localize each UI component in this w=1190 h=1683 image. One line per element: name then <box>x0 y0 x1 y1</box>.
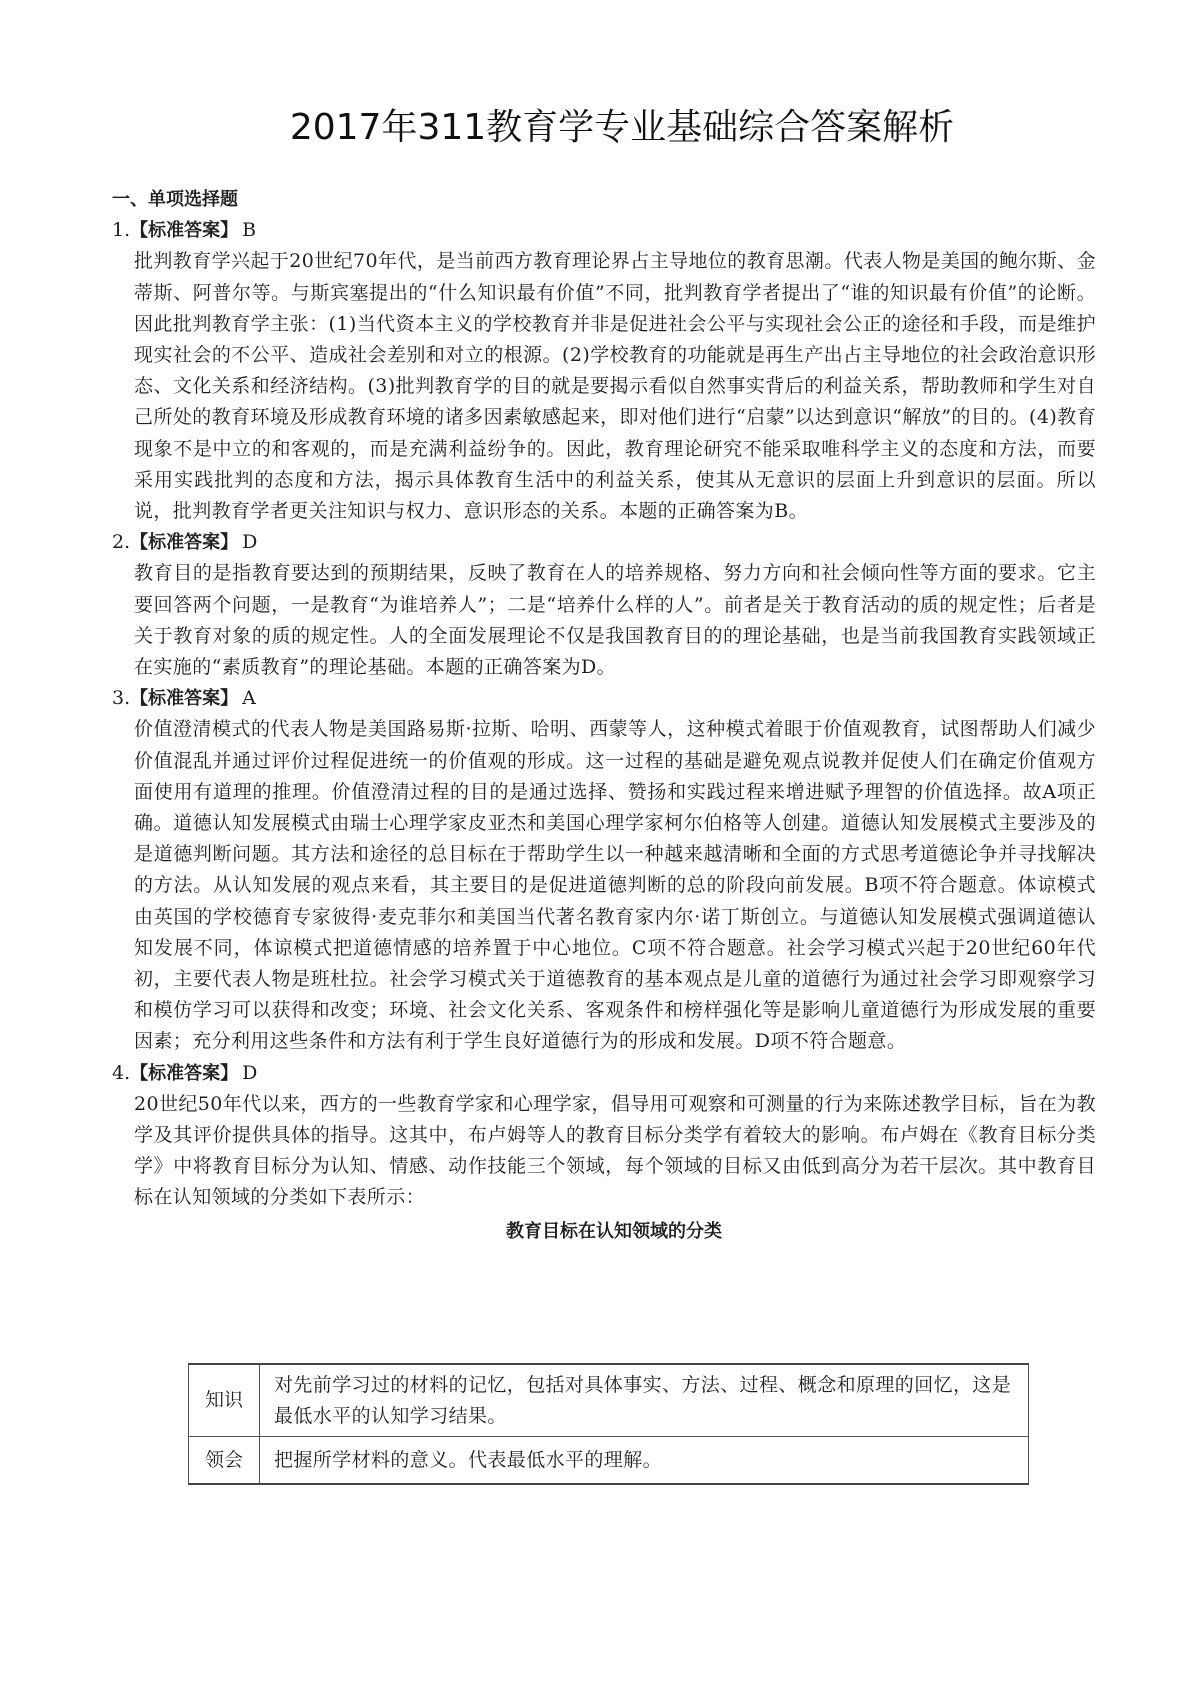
question-explanation: 批判教育学兴起于20世纪70年代，是当前西方教育理论界占主导地位的教育思潮。代表… <box>134 246 1096 527</box>
table-row: 领会 把握所学材料的意义。代表最低水平的理解。 <box>189 1437 1029 1485</box>
answer-label: 【标准答案】 <box>130 1063 238 1084</box>
section-heading: 一、单项选择题 <box>112 184 1096 215</box>
table-term: 领会 <box>189 1437 260 1485</box>
question-number: 1. <box>112 219 130 241</box>
table-row: 知识 对先前学习过的材料的记忆，包括对具体事实、方法、过程、概念和原理的回忆，这… <box>189 1364 1029 1437</box>
question-3: 3.【标准答案】A 价值澄清模式的代表人物是美国路易斯·拉斯、哈明、西蒙等人，这… <box>112 683 1096 1057</box>
question-explanation: 价值澄清模式的代表人物是美国路易斯·拉斯、哈明、西蒙等人，这种模式着眼于价值观教… <box>134 714 1096 1057</box>
answer-value: D <box>242 1062 257 1084</box>
question-2: 2.【标准答案】D 教育目的是指教育要达到的预期结果，反映了教育在人的培养规格、… <box>112 527 1096 683</box>
question-header: 3.【标准答案】A <box>112 683 1096 714</box>
page-title: 2017年311教育学专业基础综合答案解析 <box>0 104 1190 152</box>
table-term: 知识 <box>189 1364 260 1437</box>
question-number: 2. <box>112 531 130 553</box>
table-description: 把握所学材料的意义。代表最低水平的理解。 <box>260 1437 1029 1485</box>
question-header: 1.【标准答案】B <box>112 215 1096 246</box>
question-header: 4.【标准答案】D <box>112 1058 1096 1089</box>
question-1: 1.【标准答案】B 批判教育学兴起于20世纪70年代，是当前西方教育理论界占主导… <box>112 215 1096 527</box>
question-explanation: 教育目的是指教育要达到的预期结果，反映了教育在人的培养规格、努力方向和社会倾向性… <box>134 558 1096 683</box>
answer-value: D <box>242 531 257 553</box>
question-number: 4. <box>112 1062 130 1084</box>
question-explanation: 20世纪50年代以来，西方的一些教育学家和心理学家，倡导用可观察和可测量的行为来… <box>134 1089 1096 1214</box>
question-number: 3. <box>112 687 130 709</box>
question-4: 4.【标准答案】D 20世纪50年代以来，西方的一些教育学家和心理学家，倡导用可… <box>112 1058 1096 1214</box>
table-description: 对先前学习过的材料的记忆，包括对具体事实、方法、过程、概念和原理的回忆，这是最低… <box>260 1364 1029 1437</box>
answer-label: 【标准答案】 <box>130 220 238 241</box>
answer-value: A <box>242 687 256 709</box>
question-header: 2.【标准答案】D <box>112 527 1096 558</box>
table-caption: 教育目标在认知领域的分类 <box>134 1214 1094 1250</box>
document-page: 2017年311教育学专业基础综合答案解析 一、单项选择题 1.【标准答案】B … <box>0 0 1190 1683</box>
classification-table: 知识 对先前学习过的材料的记忆，包括对具体事实、方法、过程、概念和原理的回忆，这… <box>188 1363 1029 1485</box>
answer-value: B <box>242 219 256 241</box>
answer-label: 【标准答案】 <box>130 688 238 709</box>
answer-label: 【标准答案】 <box>130 532 238 553</box>
document-content: 一、单项选择题 1.【标准答案】B 批判教育学兴起于20世纪70年代，是当前西方… <box>112 184 1096 1250</box>
